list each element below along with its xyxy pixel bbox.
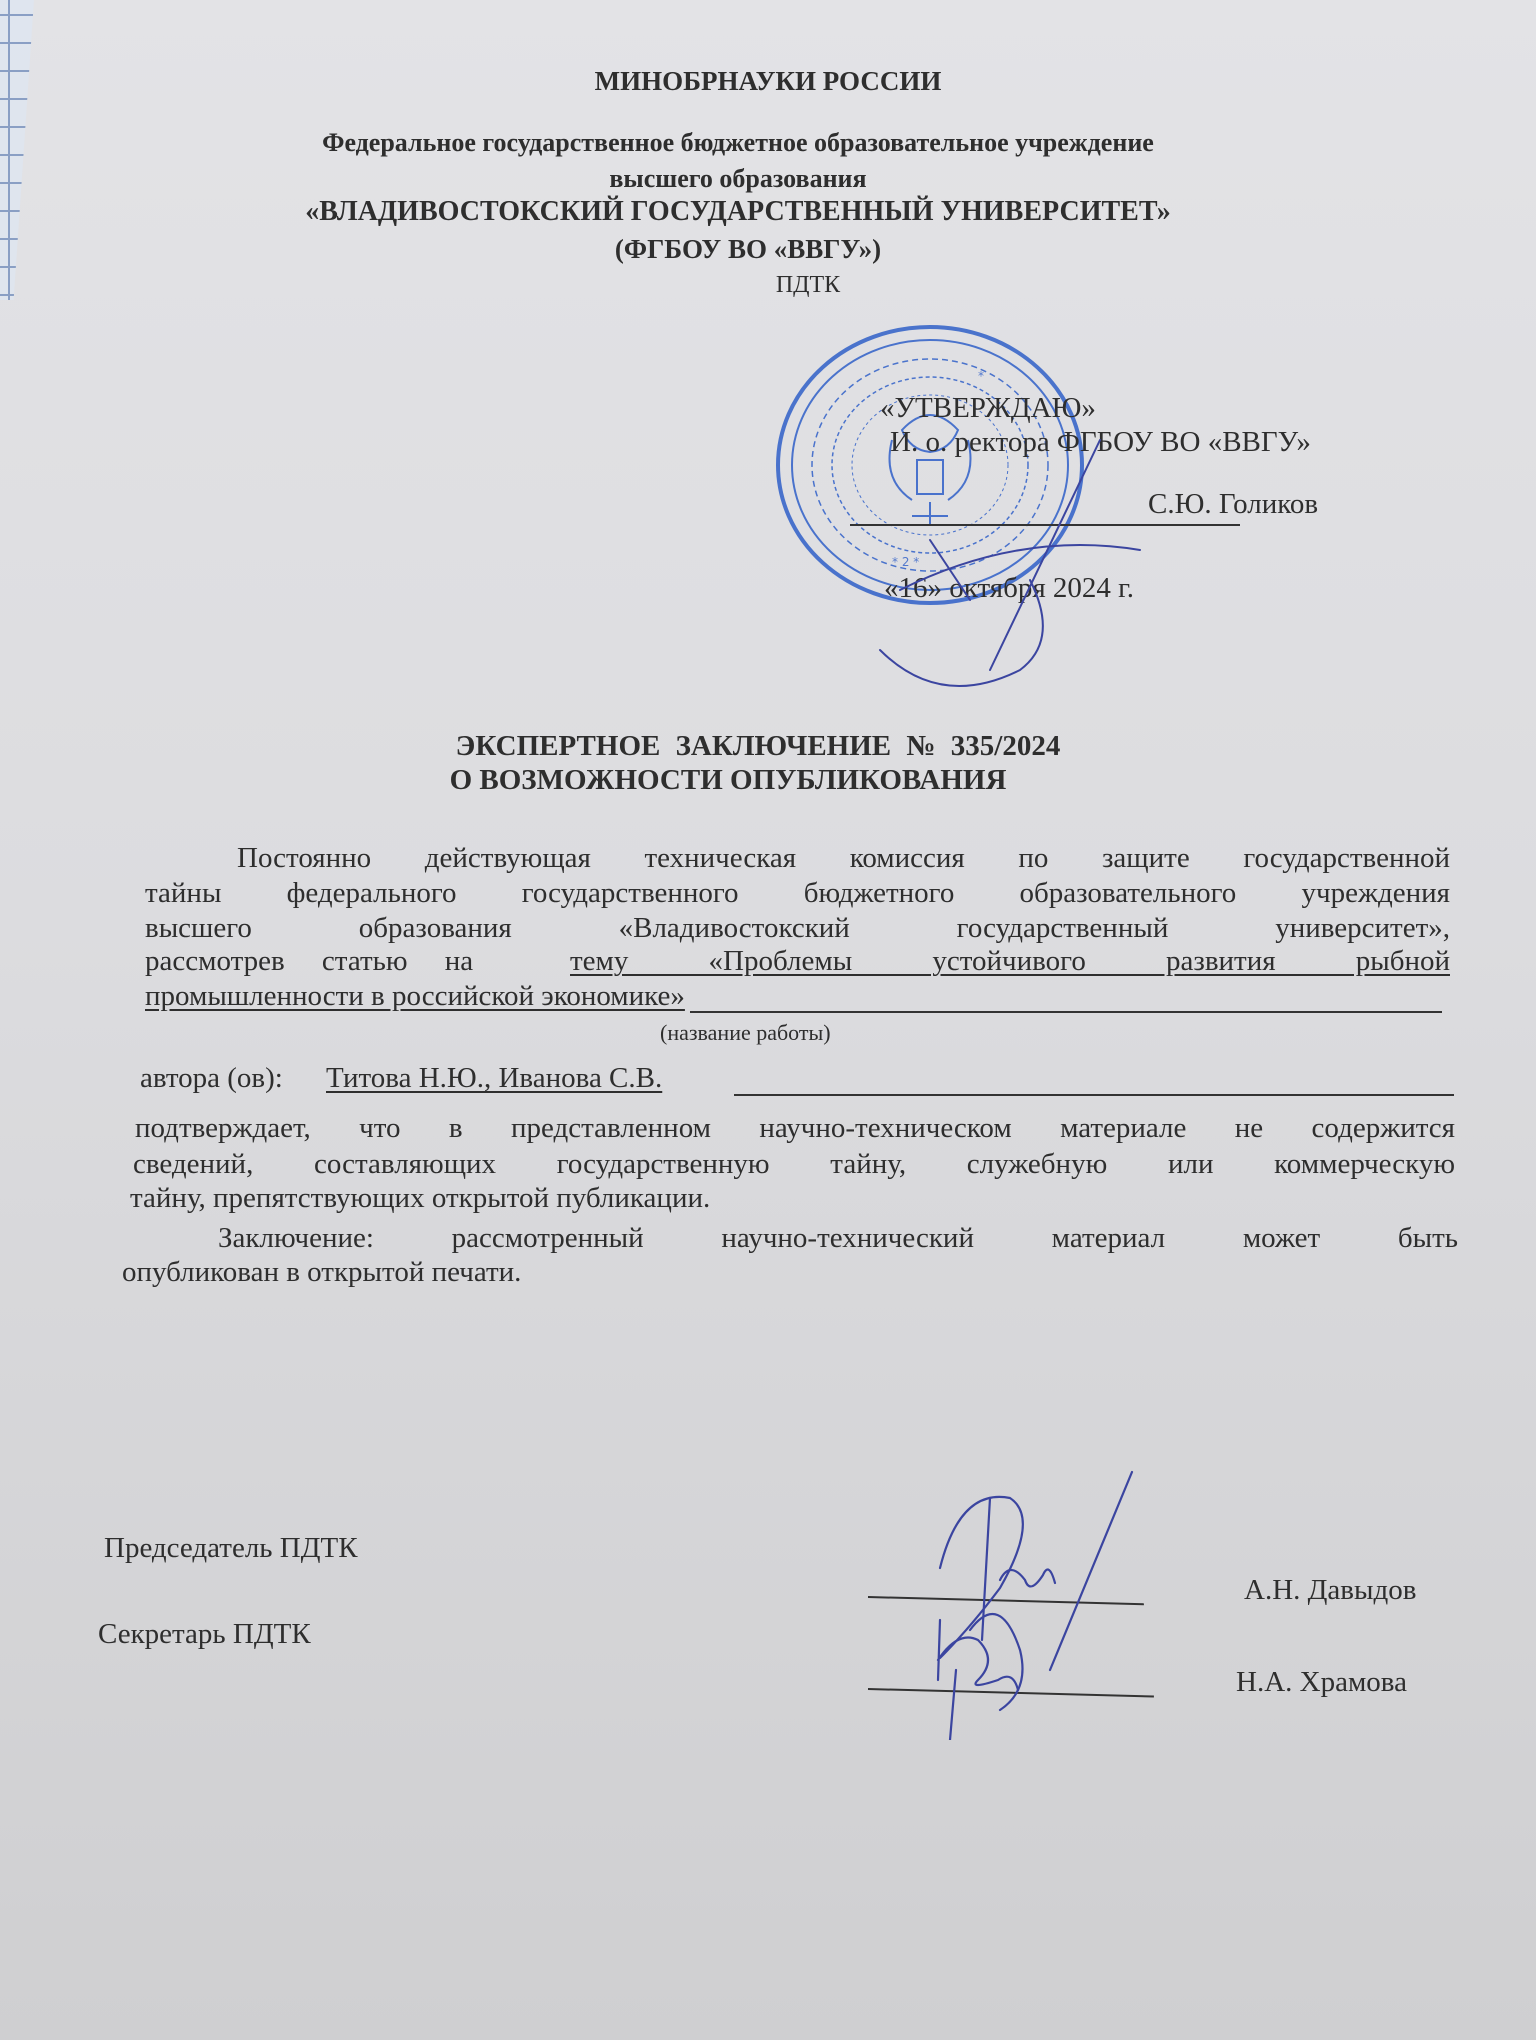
paragraph-1-line-4: рассмотрев статью на тему «Проблемы усто… [145, 947, 1450, 976]
rector-signature [840, 420, 1160, 700]
work-topic-part2: промышленности в российской экономике» [145, 982, 685, 1011]
authors-label: автора (ов): [140, 1064, 283, 1093]
paragraph-2-line-2: сведений, составляющих государственную т… [133, 1148, 1455, 1181]
document-subtitle: О ВОЗМОЖНОСТИ ОПУБЛИКОВАНИЯ [0, 764, 1496, 797]
approver-name: С.Ю. Голиков [1148, 490, 1318, 519]
authors-underline [734, 1094, 1454, 1096]
paragraph-1-line-2: тайны федерального государственного бюдж… [145, 877, 1450, 910]
paragraph-2-line-1: подтверждает, что в представленном научн… [135, 1112, 1455, 1145]
institution-type-line2: высшего образования [0, 164, 1506, 194]
work-title-caption: (название работы) [660, 1022, 831, 1044]
department-label: ПДТК [40, 272, 1536, 299]
authors-value: Титова Н.Ю., Иванова С.В. [326, 1064, 662, 1093]
conclusion-line-2: опубликован в открытой печати. [122, 1258, 521, 1287]
institution-type-line1: Федеральное государственное бюджетное об… [0, 128, 1506, 158]
topic-prefix: рассмотрев статью на [145, 947, 473, 976]
conclusion-line-1: Заключение: рассмотренный научно-техниче… [126, 1222, 1458, 1255]
secretary-role: Секретарь ПДТК [98, 1618, 311, 1651]
document-page: МИНОБРНАУКИ РОССИИ Федеральное государст… [0, 0, 1536, 2040]
svg-text:*: * [978, 369, 984, 383]
topic-underline [690, 1011, 1442, 1013]
university-abbreviation: (ФГБОУ ВО «ВВГУ») [0, 234, 1516, 265]
document-title: ЭКСПЕРТНОЕ ЗАКЛЮЧЕНИЕ № 335/2024 [0, 730, 1526, 763]
chairman-role: Председатель ПДТК [104, 1532, 358, 1565]
paragraph-1-line-1: Постоянно действующая техническая комисс… [145, 842, 1450, 875]
university-name: «ВЛАДИВОСТОКСКИЙ ГОСУДАРСТВЕННЫЙ УНИВЕРС… [0, 196, 1506, 228]
secretary-name: Н.А. Храмова [1236, 1666, 1407, 1699]
ministry-heading: МИНОБРНАУКИ РОССИИ [0, 66, 1536, 97]
chairman-name: А.Н. Давыдов [1244, 1574, 1416, 1607]
chairman-and-secretary-signatures [880, 1470, 1160, 1740]
work-topic-part1: тему «Проблемы устойчивого развития рыбн… [570, 947, 1450, 976]
approval-label: «УТВЕРЖДАЮ» [880, 394, 1096, 423]
paragraph-1-line-3: высшего образования «Владивостокский гос… [145, 912, 1450, 945]
paragraph-2-line-3: тайну, препятствующих открытой публикаци… [130, 1184, 710, 1213]
